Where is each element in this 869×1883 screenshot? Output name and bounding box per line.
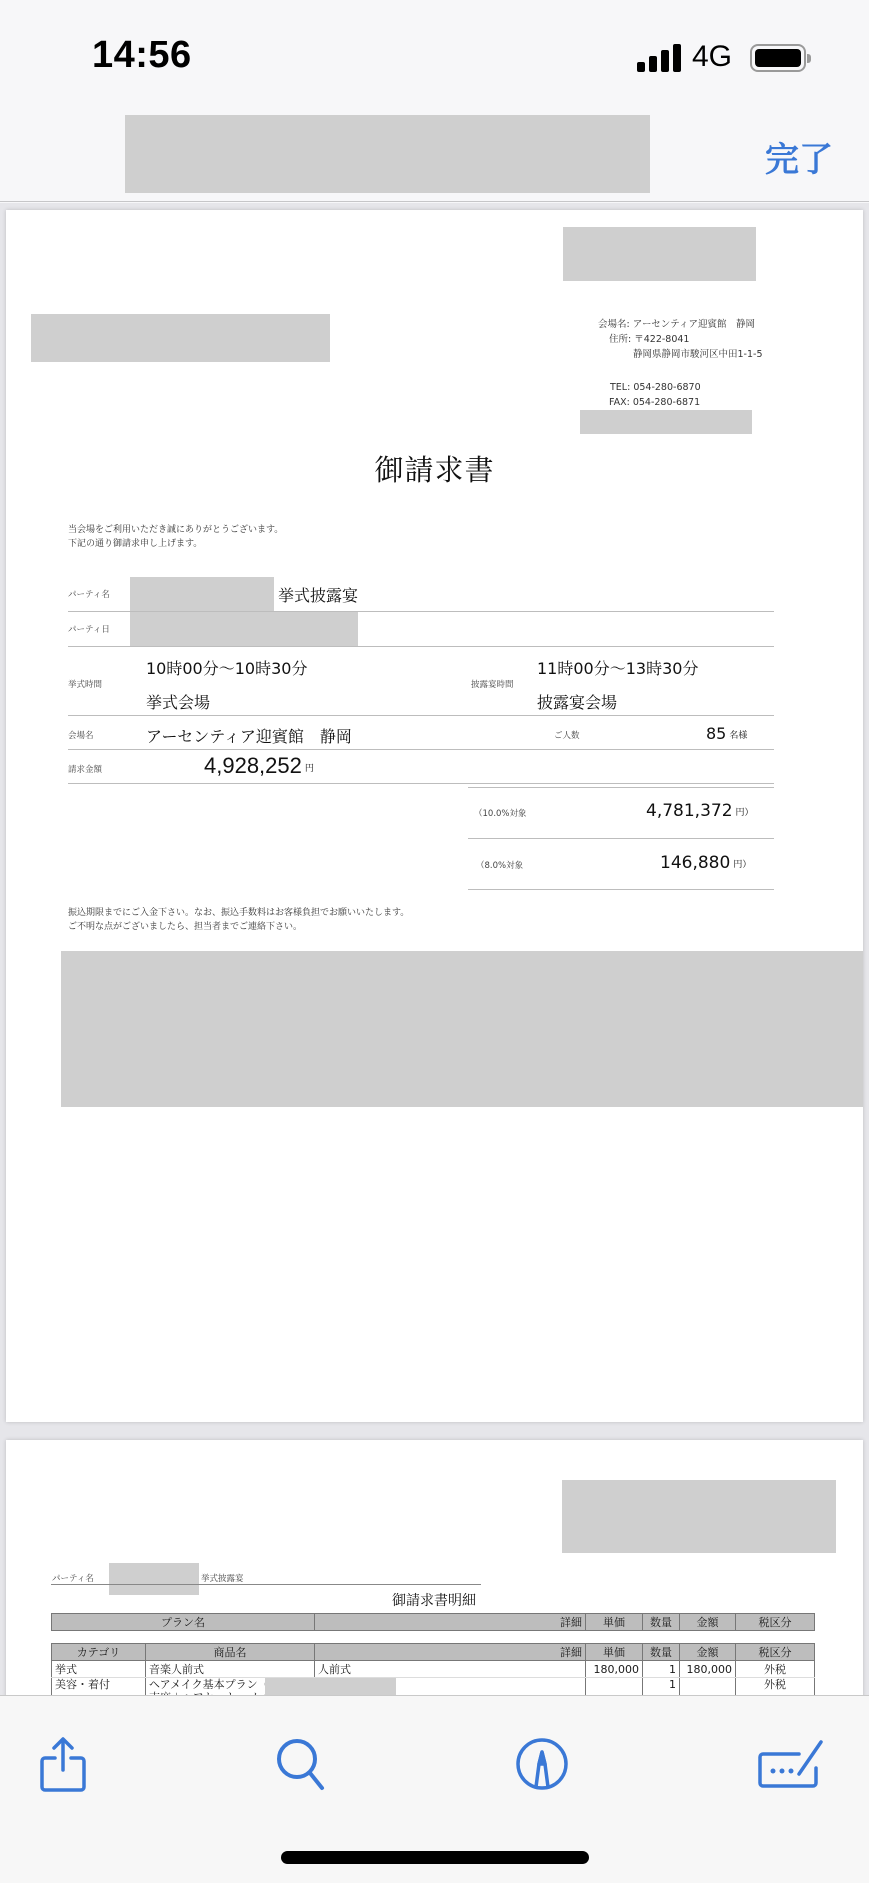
cell-category: 美容・着付	[52, 1678, 146, 1696]
tax-10-amount: 4,781,372円）	[646, 801, 754, 821]
pdf-viewer[interactable]: 会場名: アーセンティア迎賓館 静岡 住所: 〒422-8041 静岡県静岡市駿…	[0, 203, 869, 1695]
markup-pen-icon	[512, 1734, 572, 1794]
invoice-amount: 4,928,252円	[204, 753, 314, 779]
items-header-cell: 金額	[680, 1644, 736, 1661]
divider	[468, 838, 774, 839]
tel-number: TEL: 054-280-6870	[610, 382, 701, 393]
cell-amount: 180,000	[680, 1661, 736, 1678]
plan-header-cell: 数量	[643, 1614, 680, 1631]
intro-line-2: 下記の通り御請求申し上げます。	[68, 536, 202, 549]
party-date-redacted	[130, 612, 358, 646]
search-button[interactable]	[270, 1734, 330, 1794]
amount-label: 請求金額	[68, 763, 102, 775]
items-header-cell: 商品名	[146, 1644, 315, 1661]
cell-product: 音楽人前式	[146, 1661, 315, 1678]
items-table: カテゴリ商品名詳細単価数量金額税区分 挙式音楽人前式人前式180,0001180…	[51, 1643, 815, 1695]
company-logo-redacted	[563, 227, 756, 281]
contact-redacted	[580, 410, 752, 434]
home-indicator[interactable]	[281, 1851, 589, 1864]
share-button[interactable]	[33, 1734, 93, 1794]
cell-qty: 1	[643, 1661, 680, 1678]
party-name-label: パーティ名	[52, 1572, 94, 1584]
reception-time: 11時00分～13時30分	[537, 656, 698, 679]
cell-tax: 外税	[736, 1661, 815, 1678]
venue-name-label: 会場名	[68, 729, 94, 741]
invoice-page-1: 会場名: アーセンティア迎賓館 静岡 住所: 〒422-8041 静岡県静岡市駿…	[6, 210, 863, 1422]
network-type: 4G	[692, 40, 732, 74]
share-icon	[33, 1734, 93, 1794]
detail-title: 御請求書明細	[392, 1590, 476, 1610]
cell-qty: 1	[643, 1678, 680, 1696]
party-name-redacted	[130, 577, 274, 611]
reception-time-label: 披露宴時間	[471, 678, 514, 690]
plan-table: プラン名詳細単価数量金額税区分	[51, 1613, 815, 1631]
battery-icon	[750, 44, 806, 72]
reception-venue: 披露宴会場	[537, 690, 617, 713]
plan-header-cell: 単価	[586, 1614, 643, 1631]
cell-unit-price	[586, 1678, 643, 1696]
items-header-cell: 詳細	[315, 1644, 586, 1661]
venue-name: アーセンティア迎賓館 静岡	[146, 724, 352, 747]
venue-label: 会場名: アーセンティア迎賓館 静岡	[598, 316, 755, 330]
items-header-cell: 税区分	[736, 1644, 815, 1661]
nav-bar: 完了	[0, 110, 869, 202]
signature-icon	[755, 1734, 827, 1794]
divider	[468, 787, 774, 788]
bank-info-redacted	[61, 951, 863, 1107]
tax-10-label: （10.0%対象	[474, 807, 527, 819]
ceremony-time: 10時00分～10時30分	[146, 656, 307, 679]
contact-note: ご不明な点がございましたら、担当者までご連絡下さい。	[68, 919, 302, 932]
divider	[68, 749, 774, 750]
done-button[interactable]: 完了	[765, 132, 833, 181]
party-date-label: パーティ日	[68, 623, 110, 635]
items-table-header: カテゴリ商品名詳細単価数量金額税区分	[52, 1644, 815, 1661]
document-title-redacted	[125, 115, 650, 193]
party-name-suffix: 挙式披露宴	[201, 1572, 244, 1584]
cell-unit-price: 180,000	[586, 1661, 643, 1678]
plan-header-cell: プラン名	[52, 1614, 315, 1631]
document-title: 御請求書	[6, 448, 863, 489]
cell-detail: 人前式	[315, 1661, 586, 1678]
ceremony-venue: 挙式会場	[146, 690, 210, 713]
signal-bars-icon	[637, 44, 681, 72]
guests-label: ご人数	[554, 729, 580, 741]
plan-header-cell: 税区分	[736, 1614, 815, 1631]
guests-count: 85名様	[706, 724, 747, 743]
search-icon	[270, 1734, 330, 1794]
company-logo-redacted	[562, 1480, 836, 1553]
markup-button[interactable]	[512, 1734, 572, 1794]
status-time: 14:56	[92, 34, 192, 77]
detail-redacted	[265, 1678, 396, 1695]
party-name-label: パーティ名	[68, 588, 110, 600]
plan-table-header: プラン名詳細単価数量金額税区分	[52, 1614, 815, 1631]
cell-tax: 外税	[736, 1678, 815, 1696]
divider	[51, 1584, 481, 1585]
divider	[68, 646, 774, 647]
recipient-name-redacted	[31, 314, 330, 362]
cell-amount	[680, 1678, 736, 1696]
ceremony-time-label: 挙式時間	[68, 678, 102, 690]
table-row: 美容・着付ヘアメイク基本プラン（新郎お支度＋ヘアセットorメイク）1外税	[52, 1678, 815, 1696]
cell-category: 挙式	[52, 1661, 146, 1678]
party-name-redacted	[109, 1563, 199, 1595]
table-row: 挙式音楽人前式人前式180,0001180,000外税	[52, 1661, 815, 1678]
tax-8-amount: 146,880円）	[660, 853, 751, 873]
fax-number: FAX: 054-280-6871	[609, 397, 700, 408]
plan-header-cell: 金額	[680, 1614, 736, 1631]
payment-note: 振込期限までにご入金下さい。なお、振込手数料はお客様負担でお願いいたします。	[68, 905, 409, 918]
items-header-cell: カテゴリ	[52, 1644, 146, 1661]
plan-header-cell: 詳細	[315, 1614, 586, 1631]
items-header-cell: 単価	[586, 1644, 643, 1661]
status-bar: 14:56 4G	[0, 0, 869, 110]
divider	[68, 783, 774, 784]
divider	[68, 715, 774, 716]
intro-line-1: 当会場をご利用いただき誠にありがとうございます。	[68, 522, 283, 535]
address-postal: 住所: 〒422-8041	[609, 331, 689, 345]
address-line: 静岡県静岡市駿河区中田1-1-5	[633, 346, 763, 360]
divider	[468, 889, 774, 890]
items-header-cell: 数量	[643, 1644, 680, 1661]
party-name-suffix: 挙式披露宴	[278, 583, 358, 606]
tax-8-label: （8.0%対象	[476, 859, 523, 871]
form-fill-button[interactable]	[755, 1734, 827, 1794]
invoice-page-2: パーティ名 挙式披露宴 御請求書明細 プラン名詳細単価数量金額税区分 カテゴリ商…	[6, 1440, 863, 1695]
